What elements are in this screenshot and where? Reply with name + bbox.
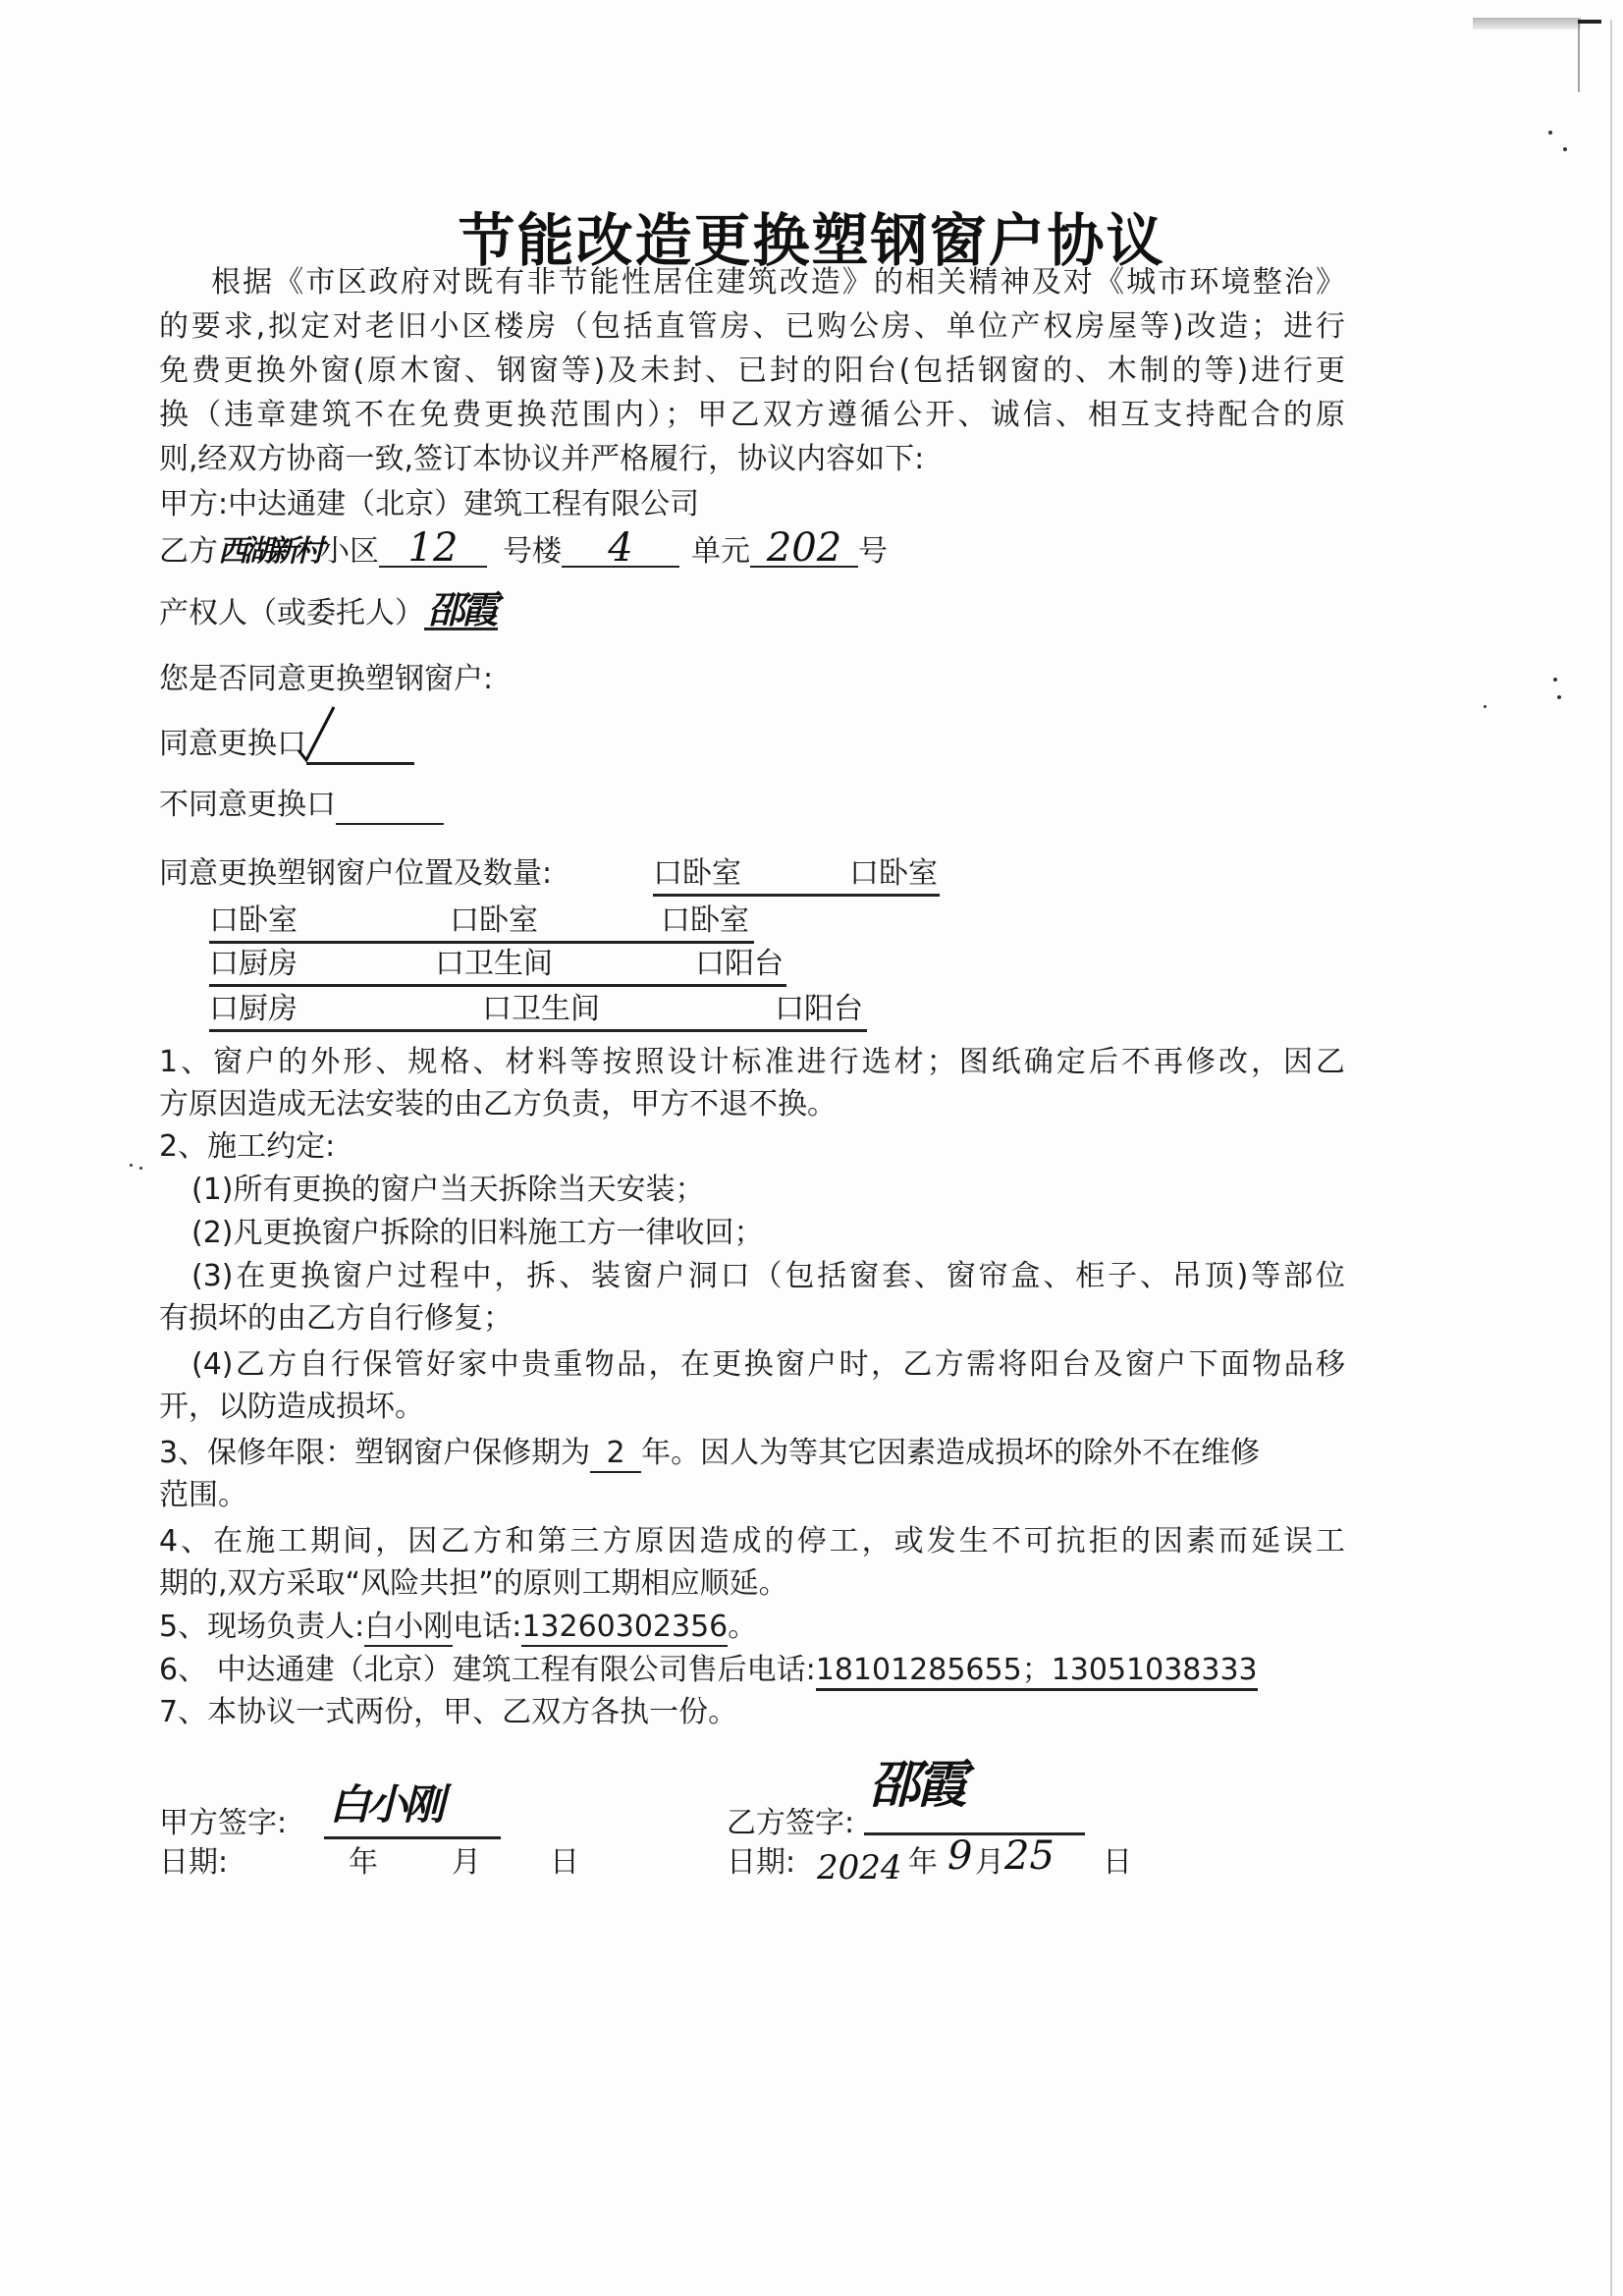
party-b-year[interactable]: 2024	[817, 1848, 902, 1887]
location-option-balcony[interactable]: 口阳台	[775, 990, 863, 1029]
party-a-month-label: 月	[452, 1843, 481, 1883]
disagree-label: 不同意更换	[159, 788, 306, 822]
party-a-year-label: 年	[349, 1843, 378, 1883]
scan-speck	[139, 1167, 142, 1170]
intro-line-4: 换（违章建筑不在免费更换范围内）；甲乙双方遵循公开、诚信、相互支持配合的原	[159, 396, 1345, 435]
site-manager-phone[interactable]: 13260302356	[521, 1610, 728, 1647]
owner-signature[interactable]: 邵霞	[424, 592, 498, 630]
location-row-2: 口厨房 口卫生间 口阳台	[209, 945, 786, 987]
scan-speck	[1484, 705, 1487, 708]
scan-corner-mark	[1578, 20, 1601, 24]
location-row-3: 口厨房 口卫生间 口阳台	[209, 990, 867, 1032]
agree-label: 同意更换	[159, 727, 277, 761]
location-option-kitchen[interactable]: 口厨房	[209, 990, 298, 1029]
location-option-bedroom[interactable]: 口卧室	[209, 902, 298, 941]
clause-1-line-1: 1、窗户的外形、规格、材料等按照设计标准进行选材；图纸确定后不再修改，因乙	[159, 1043, 1345, 1082]
agree-row: 同意更换口	[159, 725, 414, 765]
clause-2-heading: 2、施工约定:	[159, 1127, 335, 1167]
party-b-label: 乙方	[159, 534, 218, 569]
locations-label: 同意更换塑钢窗户位置及数量:	[159, 854, 552, 894]
clause-2-item-4-line-2: 开，以防造成损坏。	[159, 1388, 424, 1427]
clause-2-item-2: (2)凡更换窗户拆除的旧料施工方一律收回；	[191, 1214, 764, 1253]
clause-3-line-1: 3、保修年限：塑钢窗户保修期为2年。因人为等其它因素造成损坏的除外不在维修	[159, 1434, 1260, 1473]
clause-7: 7、本协议一式两份，甲、乙双方各执一份。	[159, 1693, 737, 1732]
location-row-1: 口卧室 口卧室 口卧室	[209, 902, 754, 944]
party-a-row: 甲方:中达通建（北京）建筑工程有限公司	[159, 485, 699, 524]
party-b-day[interactable]: 25	[1004, 1836, 1055, 1876]
clause-2-item-3-line-1: (3)在更换窗户过程中，拆、装窗户洞口（包括窗套、窗帘盒、柜子、吊顶)等部位	[191, 1257, 1345, 1296]
intro-line-3: 免费更换外窗(原木窗、钢窗等)及未封、已封的阳台(包括钢窗的、木制的等)进行更	[159, 352, 1345, 391]
checkmark-icon	[297, 703, 336, 762]
room-label: 号	[858, 534, 888, 569]
party-b-signature-label: 乙方签字:	[727, 1804, 854, 1843]
owner-row: 产权人（或委托人）邵霞	[159, 592, 498, 633]
clause-4-line-1: 4、在施工期间，因乙方和第三方原因造成的停工，或发生不可抗拒的因素而延误工	[159, 1522, 1345, 1561]
location-option-bathroom[interactable]: 口卫生间	[482, 990, 600, 1029]
clause-5: 5、现场负责人:白小刚电话:13260302356。	[159, 1608, 757, 1647]
building-number-field[interactable]: 12	[379, 530, 487, 568]
location-option-bedroom[interactable]: 口卧室	[661, 902, 749, 941]
intro-line-5: 则,经双方协商一致,签订本协议并严格履行，协议内容如下:	[159, 440, 924, 479]
building-label: 号楼	[503, 534, 562, 569]
party-a-signature-label: 甲方签字:	[159, 1804, 287, 1843]
disagree-row: 不同意更换口	[159, 786, 444, 825]
clause-2-item-4-line-1: (4)乙方自行保管好家中贵重物品，在更换窗户时，乙方需将阳台及窗户下面物品移	[191, 1345, 1345, 1385]
scan-vertical-mark	[1578, 24, 1580, 92]
party-a-date-label: 日期:	[159, 1843, 228, 1883]
scan-speck	[1553, 678, 1557, 682]
consent-question: 您是否同意更换塑钢窗户:	[159, 660, 493, 699]
community-name-handwritten[interactable]: 西湖新村	[218, 532, 320, 572]
clause-5-phone-label: 电话:	[453, 1610, 521, 1644]
clause-2-item-1: (1)所有更换的窗户当天拆除当天安装；	[191, 1171, 705, 1210]
disagree-checkbox[interactable]: 口	[306, 788, 336, 822]
clause-1-line-2: 方原因造成无法安装的由乙方负责，甲方不退不换。	[159, 1085, 837, 1124]
unit-label: 单元	[691, 534, 750, 569]
party-b-signature[interactable]: 邵霞	[869, 1766, 963, 1805]
site-manager-name: 白小刚	[364, 1610, 453, 1647]
clause-2-item-3-line-2: 有损坏的由乙方自行修复；	[159, 1299, 513, 1339]
party-b-month[interactable]: 9	[947, 1836, 972, 1876]
party-b-address-row: 乙方西湖新村小区12号楼4单元202号	[159, 530, 888, 572]
scan-right-edge	[1610, 20, 1612, 2296]
party-a-day-label: 日	[550, 1843, 579, 1883]
scan-speck	[130, 1164, 133, 1167]
clause-6: 6、 中达通建（北京）建筑工程有限公司售后电话:18101285655；1305…	[159, 1651, 1258, 1691]
party-a-label: 甲方:	[159, 487, 228, 521]
scan-edge-shadow	[1473, 18, 1581, 29]
clause-5-end: 。	[728, 1610, 757, 1644]
party-b-day-label: 日	[1103, 1843, 1132, 1883]
warranty-years-field[interactable]: 2	[590, 1436, 641, 1473]
owner-label: 产权人（或委托人）	[159, 596, 424, 630]
intro-line-1: 根据《市区政府对既有非节能性居住建筑改造》的相关精神及对《城市环境整治》	[211, 263, 1345, 302]
clause-5-prefix: 5、现场负责人:	[159, 1610, 364, 1644]
unit-number-field[interactable]: 4	[562, 530, 679, 568]
scan-speck	[1548, 131, 1552, 135]
community-suffix: 小区	[320, 534, 379, 569]
scan-speck	[1563, 147, 1567, 151]
after-sales-phones[interactable]: 18101285655；13051038333	[816, 1653, 1258, 1691]
party-a-signature-line	[324, 1836, 501, 1839]
disagree-answer-line[interactable]	[336, 788, 444, 825]
location-option-balcony[interactable]: 口阳台	[695, 945, 784, 984]
clause-3-prefix: 3、保修年限：塑钢窗户保修期为	[159, 1436, 590, 1470]
location-option-bedroom[interactable]: 口卧室	[849, 854, 938, 894]
clause-4-line-2: 期的,双方采取“风险共担”的原则工期相应顺延。	[159, 1564, 788, 1604]
location-option-bedroom[interactable]: 口卧室	[450, 902, 538, 941]
location-option-kitchen[interactable]: 口厨房	[209, 945, 298, 984]
clause-3-line-2: 范围。	[159, 1476, 247, 1515]
party-a-name: 中达通建（北京）建筑工程有限公司	[228, 487, 699, 521]
intro-line-2: 的要求,拟定对老旧小区楼房（包括直管房、已购公房、单位产权房屋等)改造；进行	[159, 307, 1345, 347]
scanned-contract-page: 节能改造更换塑钢窗户协议 根据《市区政府对既有非节能性居住建筑改造》的相关精神及…	[0, 0, 1623, 2296]
location-row-0: 口卧室 口卧室	[653, 854, 940, 897]
location-option-bedroom[interactable]: 口卧室	[653, 854, 741, 894]
party-b-date-label: 日期:	[727, 1843, 795, 1883]
room-number-field[interactable]: 202	[750, 530, 858, 568]
scan-speck	[1557, 695, 1561, 699]
clause-6-prefix: 6、 中达通建（北京）建筑工程有限公司售后电话:	[159, 1653, 816, 1687]
clause-3-suffix: 年。因人为等其它因素造成损坏的除外不在维修	[641, 1436, 1260, 1470]
party-a-signature[interactable]: 白小刚	[329, 1785, 441, 1825]
party-b-month-label: 月	[975, 1843, 1004, 1883]
party-b-year-label: 年	[908, 1843, 938, 1883]
location-option-bathroom[interactable]: 口卫生间	[435, 945, 553, 984]
